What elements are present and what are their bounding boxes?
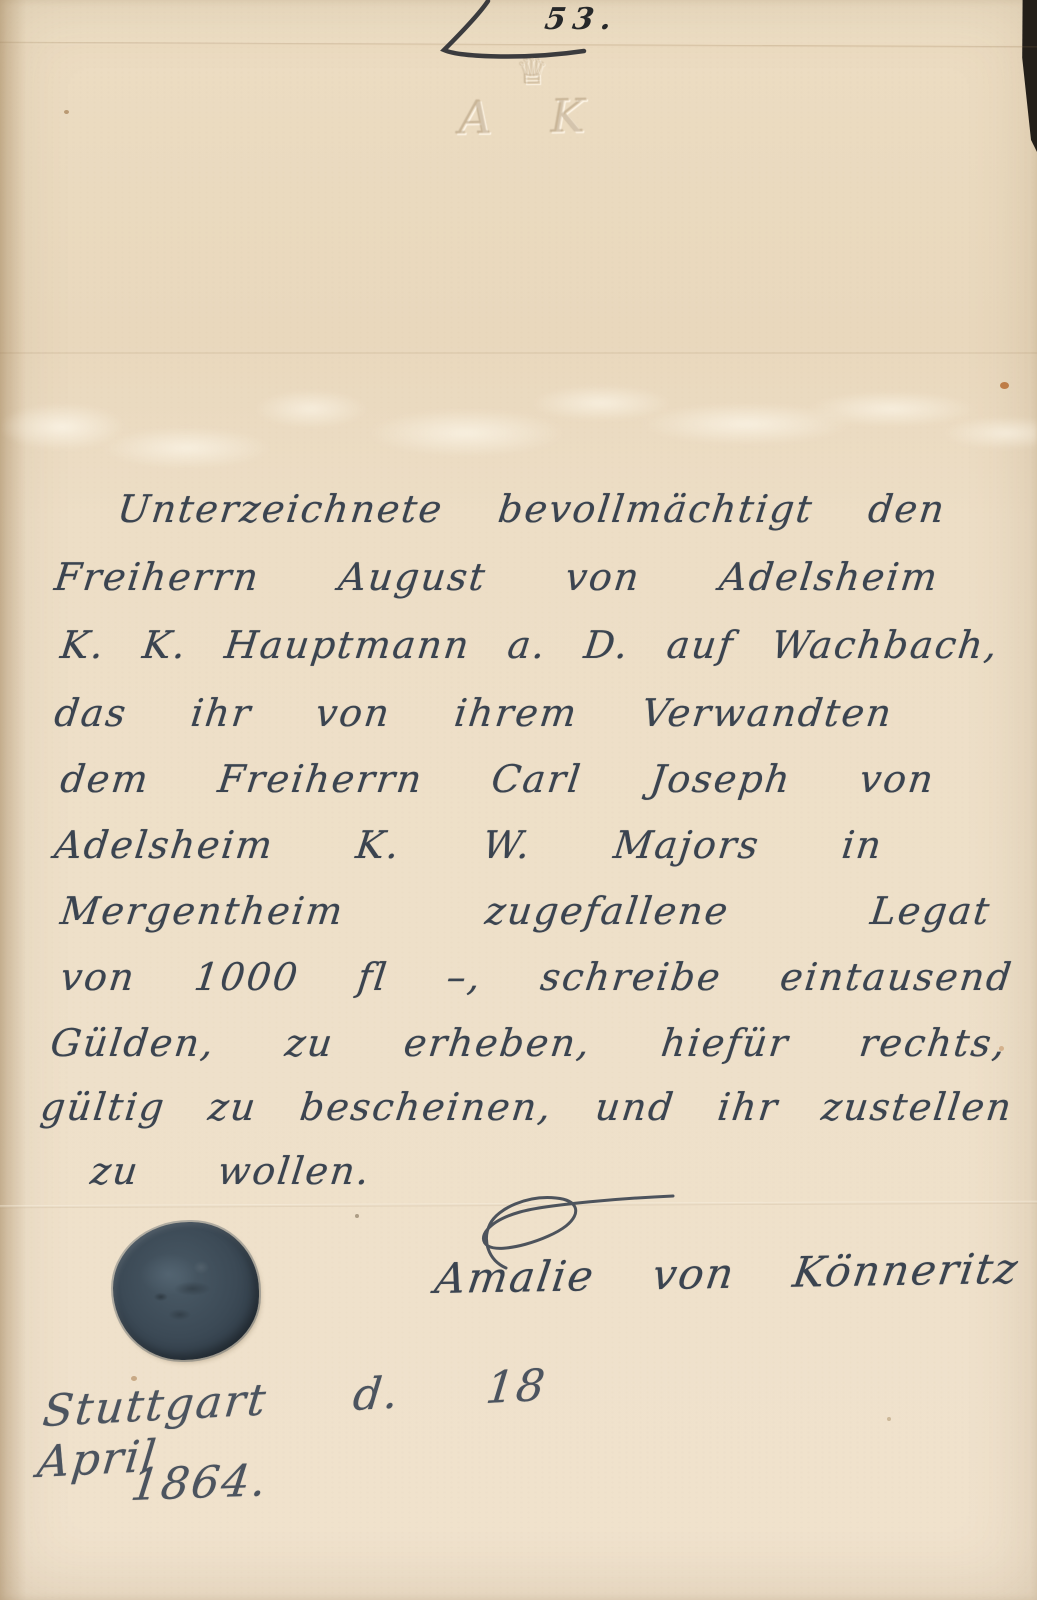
foxing-spot [1000,382,1009,389]
handwritten-line: Gülden, zu erheben, hiefür rechts, [48,1020,1010,1066]
signature: Amalie von Könneritz [432,1244,1022,1303]
left-page-edge-shadow [0,0,26,1600]
scanned-letter-page: 53. ♕ A K Unterzeichnete bevollmächtigt … [0,0,1037,1600]
folio-number: 53. [543,2,638,37]
foxing-spot [131,1376,137,1381]
handwritten-line: gültig zu bescheinen, und ihr zustellen [38,1084,1016,1130]
fold-sheen-band [0,340,1037,490]
handwritten-line: dem Freiherrn Carl Joseph von [58,756,938,802]
handwritten-line: das ihr von ihrem Verwandten [52,690,896,736]
wax-seal [113,1222,259,1360]
foxing-spot [64,110,69,114]
foxing-spot [355,1214,359,1218]
handwritten-line: zu wollen. [88,1148,374,1194]
dateline-year: 1864. [128,1454,310,1511]
handwritten-line: Freiherrn August von Adelsheim [52,554,942,600]
handwritten-line: Unterzeichnete bevollmächtigt den [115,486,949,532]
embossed-monogram: ♕ A K [457,57,608,146]
handwritten-line: K. K. Hauptmann a. D. auf Wachbach, [58,622,1002,668]
scan-background-corner [1017,0,1037,152]
handwritten-line: von 1000 fl –, schreibe eintausend [58,954,1016,1000]
monogram-initials: A K [458,89,609,146]
foxing-spot [887,1417,891,1421]
handwritten-line: Mergentheim zugefallene Legat [58,888,994,934]
handwritten-line: Adelsheim K. W. Majors in [52,822,886,868]
crown-emblem-icon: ♕ [457,57,608,90]
